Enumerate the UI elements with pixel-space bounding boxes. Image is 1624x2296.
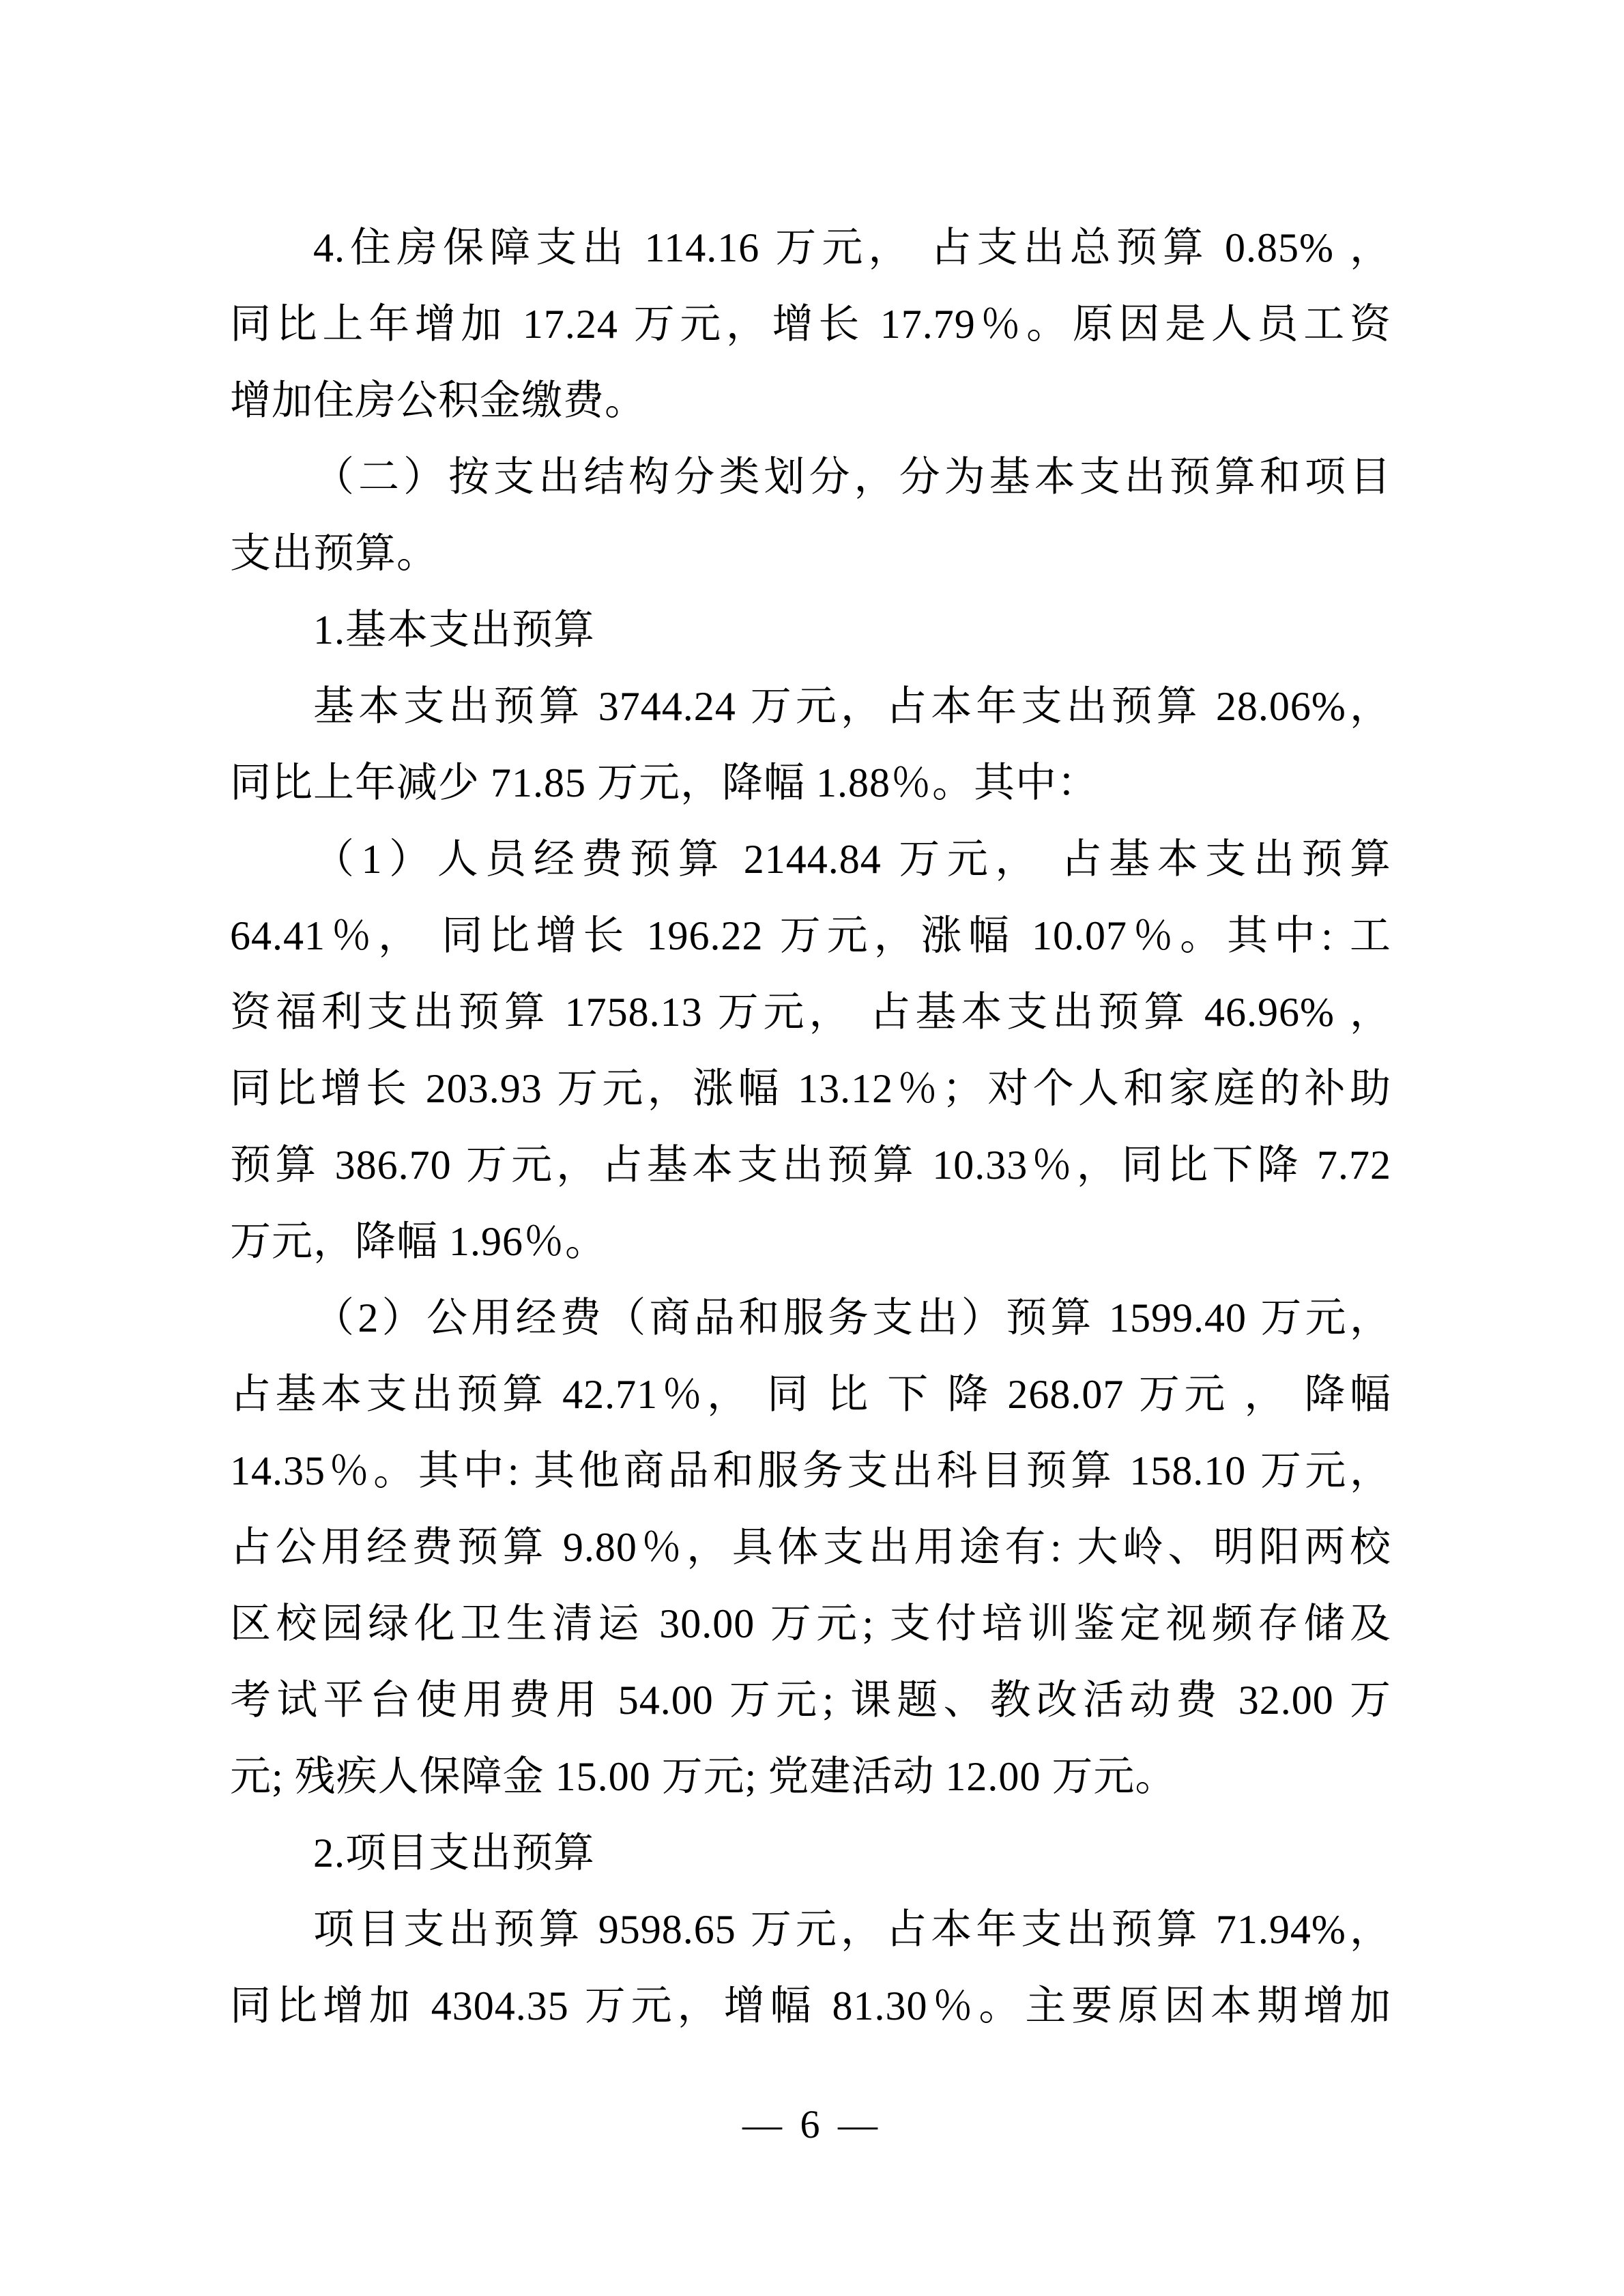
document-body: 4.住房保障支出 114.16 万元， 占支出总预算 0.85% ，同比上年增加…	[230, 210, 1391, 2044]
text-line: 预算 386.70 万元，占基本支出预算 10.33％，同比下降 7.72	[230, 1127, 1391, 1203]
text-line: 资福利支出预算 1758.13 万元， 占基本支出预算 46.96% ，	[230, 974, 1391, 1050]
text-line: 占公用经费预算 9.80％，具体支出用途有: 大岭、明阳两校	[230, 1509, 1391, 1585]
text-line: 2.项目支出预算	[230, 1815, 1391, 1891]
text-line: 14.35％。其中: 其他商品和服务支出科目预算 158.10 万元，	[230, 1433, 1391, 1509]
document-page: 4.住房保障支出 114.16 万元， 占支出总预算 0.85% ，同比上年增加…	[0, 0, 1624, 2296]
text-line: 区校园绿化卫生清运 30.00 万元; 支付培训鉴定视频存储及	[230, 1585, 1391, 1662]
text-line: 考试平台使用费用 54.00 万元; 课题、教改活动费 32.00 万	[230, 1662, 1391, 1738]
text-line: 支出预算。	[230, 515, 1391, 592]
text-line: 同比上年减少 71.85 万元，降幅 1.88％。其中：	[230, 745, 1391, 821]
text-line: 4.住房保障支出 114.16 万元， 占支出总预算 0.85% ，	[230, 210, 1391, 286]
page-number: — 6 —	[0, 2101, 1624, 2149]
text-line: 基本支出预算 3744.24 万元，占本年支出预算 28.06%，	[230, 668, 1391, 745]
text-line: 元; 残疾人保障金 15.00 万元; 党建活动 12.00 万元。	[230, 1738, 1391, 1815]
text-line: （二）按支出结构分类划分，分为基本支出预算和项目	[230, 439, 1391, 515]
text-line: 万元，降幅 1.96％。	[230, 1203, 1391, 1280]
text-line: 同比增长 203.93 万元，涨幅 13.12％；对个人和家庭的补助	[230, 1050, 1391, 1127]
text-line: 占基本支出预算 42.71％， 同 比 下 降 268.07 万元 ， 降幅	[230, 1356, 1391, 1433]
text-line: （2）公用经费（商品和服务支出）预算 1599.40 万元，	[230, 1280, 1391, 1356]
text-line: 1.基本支出预算	[230, 592, 1391, 668]
text-line: 64.41％， 同比增长 196.22 万元，涨幅 10.07％。其中: 工	[230, 898, 1391, 974]
text-line: 同比增加 4304.35 万元，增幅 81.30％。主要原因本期增加	[230, 1968, 1391, 2044]
text-line: （1）人员经费预算 2144.84 万元， 占基本支出预算	[230, 821, 1391, 898]
text-line: 增加住房公积金缴费。	[230, 362, 1391, 439]
text-line: 项目支出预算 9598.65 万元，占本年支出预算 71.94%，	[230, 1891, 1391, 1968]
text-line: 同比上年增加 17.24 万元，增长 17.79％。原因是人员工资	[230, 286, 1391, 362]
